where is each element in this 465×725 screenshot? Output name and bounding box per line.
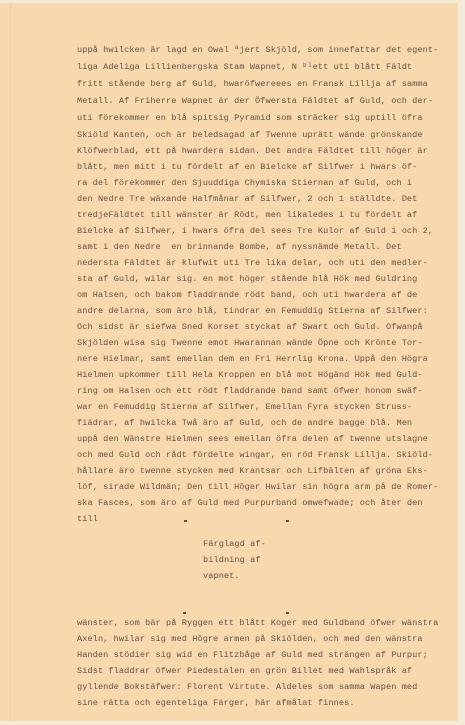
body-line: Klöfwerblad, ett på hwardera sidan. Det … <box>77 146 428 156</box>
figure-corner-mark <box>286 520 289 522</box>
body-line: andre delarna, som äro blå, tindrar en F… <box>77 306 428 316</box>
body-line: Skiöld Kanten, och är beledsagad af Twen… <box>77 130 423 140</box>
figure-caption-line: bildning af <box>203 555 261 565</box>
continuation-line: wänster, som bär på Ryggen ett blått Kog… <box>77 618 438 628</box>
body-line: liga Adeliga Lillienbergska Stam Wapnet,… <box>77 62 412 72</box>
continuation-line: gyllende Bokstäfwer: Florent Virtute. Al… <box>77 682 417 692</box>
body-line: om Halsen, och bakom fladdrande rödt ban… <box>77 290 417 300</box>
continuation-line: Sidst fladdrar öfwer Piedestalen en grön… <box>77 666 412 676</box>
paper-edge-line <box>10 3 11 721</box>
body-line: fritt stående berg af Guld, hwaröfwereee… <box>77 79 428 89</box>
figure-caption-line: vapnet. <box>203 571 240 581</box>
continuation-line: sine rätta och egenteliga Färger, här af… <box>77 698 355 708</box>
body-line: hållare äro twenne stycken med Krantsar … <box>77 466 428 476</box>
body-line: Hielmen upkommer till Hela Kroppen en bl… <box>77 370 423 380</box>
body-line: Bielcke af Silfwer, i hwars öfra del see… <box>77 226 433 236</box>
continuation-line: Handen stödier sig wid en Flitzbåge af G… <box>77 650 428 660</box>
typewritten-page: uppå hwilcken är lagd en Owal ªjert Skjö… <box>0 3 458 721</box>
body-line: nere Hielmar, samt emellan dem en Fri He… <box>77 354 428 364</box>
figure-corner-mark <box>183 612 186 614</box>
body-line: sta af Guld, wilar sig. en mot höger stå… <box>77 274 417 284</box>
body-line: blått, men mitt i tu fördelt af en Bielc… <box>77 162 417 172</box>
body-line: den Nedre Tre wäxande Halfmånar af Silfw… <box>77 194 417 204</box>
body-line: och med Guld och rådt fördelte wingar, e… <box>77 450 433 460</box>
figure-caption-line: Färglagd af- <box>203 539 266 549</box>
continuation-line: Axeln, hwilar sig med Högre armen på Ski… <box>77 634 423 644</box>
body-line: fiädrar, af hwilcka Twå äro af Guld, och… <box>77 418 412 428</box>
body-line: uppå hwilcken är lagd en Owal ªjert Skjö… <box>77 45 438 55</box>
figure-corner-mark <box>286 612 289 614</box>
body-line: uppå den Wänstre Hielmen sees emellan öf… <box>77 434 428 444</box>
body-line: nedersta Fäldtet är klufwit uti Tre lika… <box>77 258 428 268</box>
body-line: samt i den Nedre en brinnande Bombe, af … <box>77 242 402 252</box>
body-line: löf, sirade Wildmän; Den till Höger Hwil… <box>77 482 438 492</box>
body-line: ska Fasces, som äro af Guld med Purpurba… <box>77 498 423 508</box>
body-line: Skjölden wisa sig Twenne emot Hwarannan … <box>77 338 423 348</box>
body-line: Metall. Af Friherre Wapnet är der Öfwers… <box>77 96 433 106</box>
body-line: war en Femuddig Stierna af Silfwer, Emel… <box>77 402 412 412</box>
body-line: Och sidst är siefwa Sned Korset styckat … <box>77 322 423 332</box>
body-line: till <box>77 514 98 524</box>
figure-corner-mark <box>184 520 187 522</box>
body-line: uti förekommer en blå spitsig Pyramid so… <box>77 113 423 123</box>
body-line: ra del förekommer den Sjuuddiga Chymiska… <box>77 178 412 188</box>
body-line: tredjeFäldtet till wänster är Rödt, men … <box>77 210 417 220</box>
body-line: ring om Halsen och ett rödt fladdrande b… <box>77 386 423 396</box>
